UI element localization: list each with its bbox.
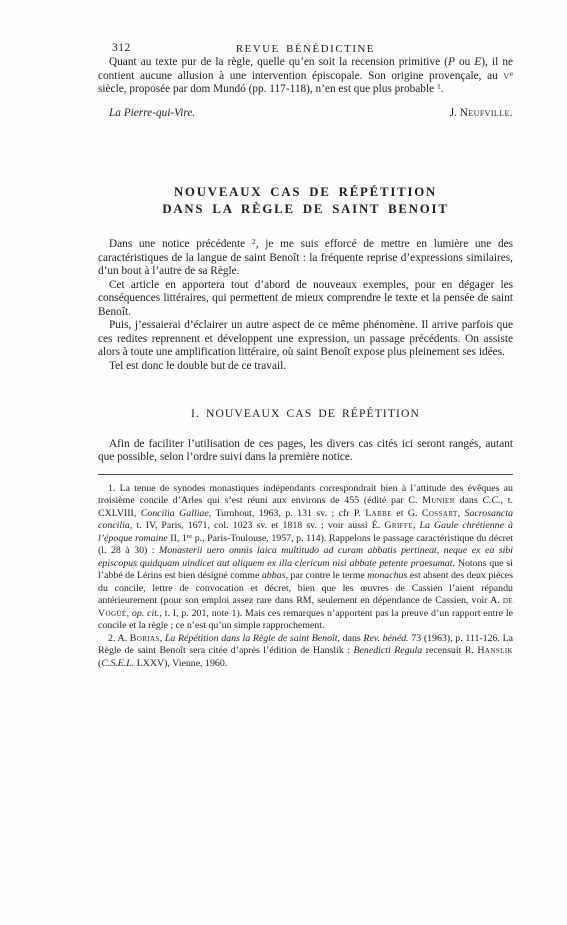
author-name: J. Neufville. xyxy=(450,107,513,121)
footnote-2: 2. A. Borias, La Répétition dans la Règl… xyxy=(98,633,513,671)
paragraph-2: Cet article en apportera tout d’abord de… xyxy=(98,279,513,320)
paragraph-3: Puis, j’essaierai d’éclairer un autre as… xyxy=(98,319,513,360)
section-body: Afin de faciliter l’utilisation de ces p… xyxy=(98,438,513,465)
byline: La Pierre-qui-Vire. J. Neufville. xyxy=(98,107,513,121)
closing-paragraph: Quant au texte pur de la règle, quelle q… xyxy=(98,56,513,97)
paragraph-1: Dans une notice précédente 2, je me suis… xyxy=(98,238,513,279)
journal-page: 312 REVUE BÉNÉDICTINE Quant au texte pur… xyxy=(0,0,567,925)
section-heading: I. NOUVEAUX CAS DE RÉPÉTITION xyxy=(98,407,513,421)
previous-article-ending: Quant au texte pur de la règle, quelle q… xyxy=(98,56,513,120)
article-title: NOUVEAUX CAS DE RÉPÉTITION DANS LA RÈGLE… xyxy=(98,184,513,217)
paragraph-4: Tel est donc le double but de ce travail… xyxy=(98,360,513,374)
footnote-separator xyxy=(98,474,513,475)
page-header: 312 REVUE BÉNÉDICTINE xyxy=(98,42,513,56)
running-title: REVUE BÉNÉDICTINE xyxy=(98,43,513,55)
paragraph-5: Afin de faciliter l’utilisation de ces p… xyxy=(98,438,513,465)
article-title-line-1: NOUVEAUX CAS DE RÉPÉTITION xyxy=(98,184,513,201)
footnotes: 1. La tenue de synodes monastiques indép… xyxy=(98,483,513,671)
article-introduction: Dans une notice précédente 2, je me suis… xyxy=(98,238,513,373)
footnote-1: 1. La tenue de synodes monastiques indép… xyxy=(98,483,513,633)
place-name: La Pierre-qui-Vire. xyxy=(98,107,195,121)
article-title-line-2: DANS LA RÈGLE DE SAINT BENOIT xyxy=(98,201,513,218)
